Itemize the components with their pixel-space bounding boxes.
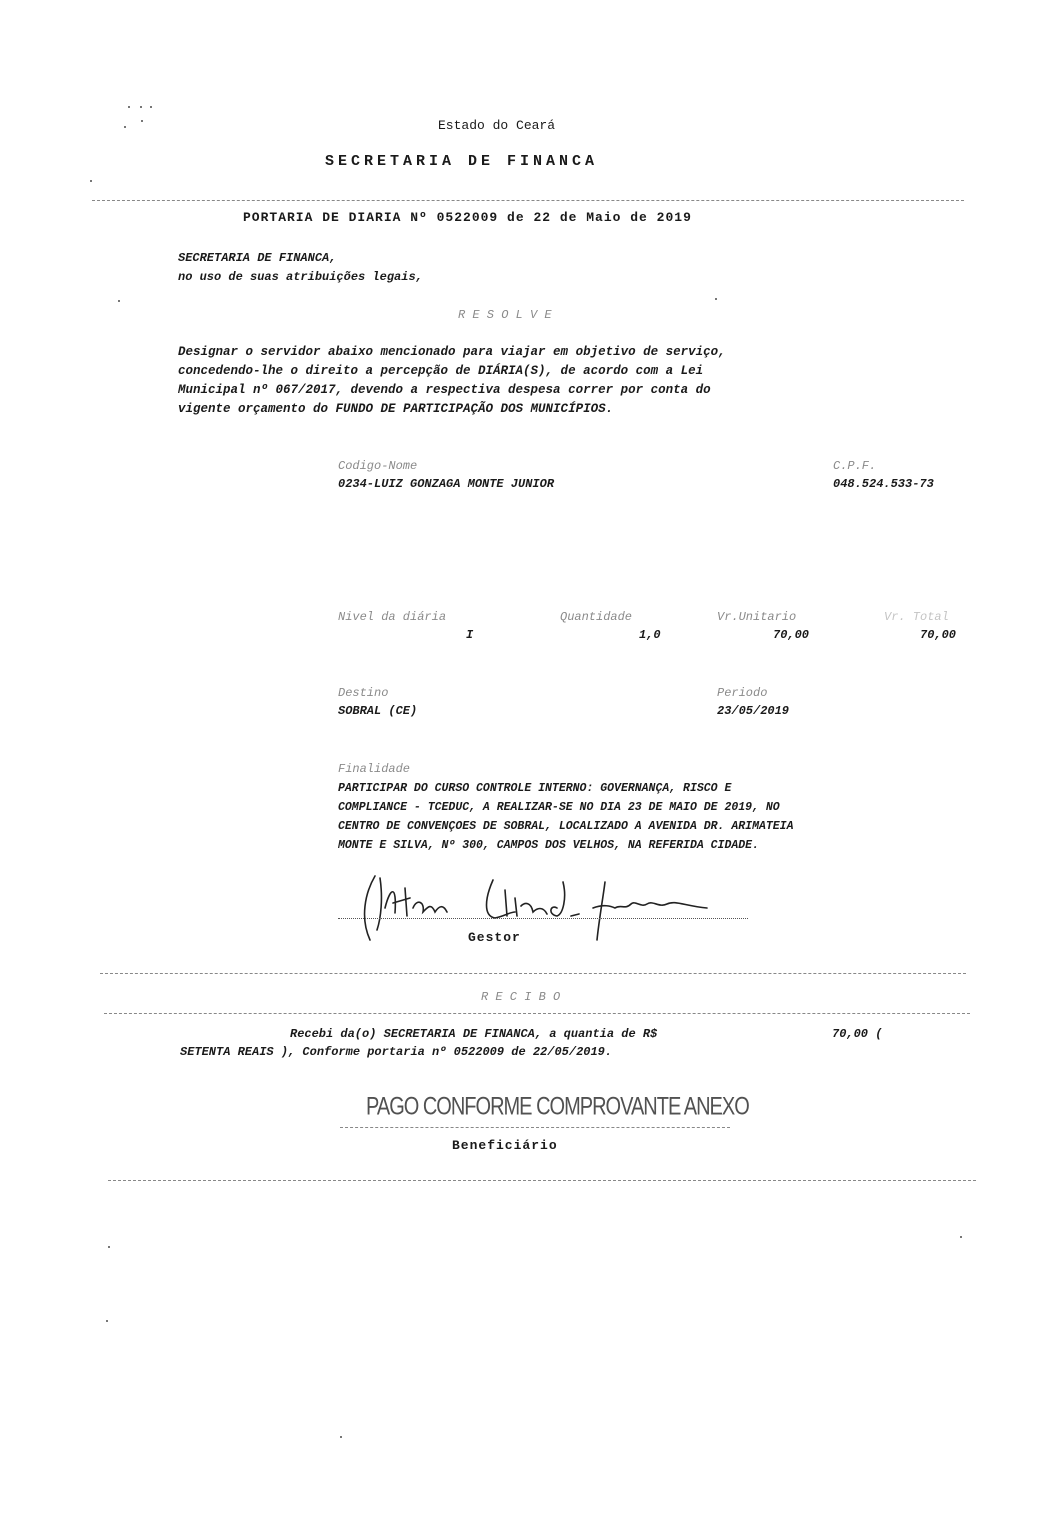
body-line: Municipal nº 067/2017, devendo a respect… <box>178 381 878 400</box>
receipt-line-2: SETENTA REAIS ), Conforme portaria nº 05… <box>180 1045 612 1059</box>
purpose-label: Finalidade <box>338 762 410 776</box>
issuer-name: SECRETARIA DE FINANCA, <box>178 251 336 265</box>
period-value: 23/05/2019 <box>717 704 789 718</box>
destination-label: Destino <box>338 686 388 700</box>
payment-stamp: PAGO CONFORME COMPROVANTE ANEXO <box>366 1093 749 1122</box>
purpose-text: PARTICIPAR DO CURSO CONTROLE INTERNO: GO… <box>338 779 793 855</box>
purpose-line: CENTRO DE CONVENÇOES DE SOBRAL, LOCALIZA… <box>338 817 793 836</box>
scan-speck <box>124 126 126 128</box>
code-name-value: 0234-LUIZ GONZAGA MONTE JUNIOR <box>338 477 554 491</box>
scan-speck <box>141 120 143 122</box>
scan-speck <box>340 1436 342 1438</box>
body-paragraph: Designar o servidor abaixo mencionado pa… <box>178 343 878 419</box>
cpf-label: C.P.F. <box>833 459 876 473</box>
purpose-line: PARTICIPAR DO CURSO CONTROLE INTERNO: GO… <box>338 779 793 798</box>
document-title: PORTARIA DE DIARIA Nº 0522009 de 22 de M… <box>243 210 692 225</box>
divider-receipt-top <box>100 973 966 974</box>
unit-value-value: 70,00 <box>773 628 809 642</box>
scan-speck <box>108 1246 110 1248</box>
quantity-label: Quantidade <box>560 610 632 624</box>
level-label: Nivel da diária <box>338 610 446 624</box>
cpf-value: 048.524.533-73 <box>833 477 934 491</box>
receipt-amount: 70,00 ( <box>832 1027 882 1041</box>
resolve-heading: R E S O L V E <box>458 308 552 322</box>
state-name: Estado do Ceará <box>438 118 555 133</box>
divider-receipt-mid <box>104 1013 970 1014</box>
receipt-title: R E C I B O <box>481 990 560 1004</box>
total-label: Vr. Total <box>884 610 949 624</box>
scan-speck <box>90 180 92 182</box>
unit-value-label: Vr.Unitario <box>717 610 796 624</box>
issuer-clause: no uso de suas atribuições legais, <box>178 270 423 284</box>
body-line: Designar o servidor abaixo mencionado pa… <box>178 343 878 362</box>
beneficiary-line <box>340 1127 730 1128</box>
signature-line <box>338 918 748 919</box>
scan-speck <box>128 106 130 108</box>
quantity-value: 1,0 <box>639 628 661 642</box>
level-value: I <box>466 628 473 642</box>
scan-speck <box>118 300 120 302</box>
handwritten-signature <box>335 868 755 948</box>
scan-speck <box>715 298 717 300</box>
scan-speck <box>106 1320 108 1322</box>
scan-speck <box>960 1236 962 1238</box>
scan-speck <box>140 106 142 108</box>
period-label: Periodo <box>717 686 767 700</box>
purpose-line: MONTE E SILVA, Nº 300, CAMPOS DOS VELHOS… <box>338 836 793 855</box>
body-line: vigente orçamento do FUNDO DE PARTICIPAÇ… <box>178 400 878 419</box>
purpose-line: COMPLIANCE - TCEDUC, A REALIZAR-SE NO DI… <box>338 798 793 817</box>
divider-top <box>92 200 964 201</box>
total-value: 70,00 <box>920 628 956 642</box>
scan-speck <box>150 106 152 108</box>
beneficiary-label: Beneficiário <box>452 1138 558 1153</box>
destination-value: SOBRAL (CE) <box>338 704 417 718</box>
divider-bottom <box>108 1180 976 1181</box>
body-line: concedendo-lhe o direito a percepção de … <box>178 362 878 381</box>
code-name-label: Codigo-Nome <box>338 459 417 473</box>
signer-role: Gestor <box>468 930 521 945</box>
department-title: SECRETARIA DE FINANCA <box>325 153 598 170</box>
receipt-line-1: Recebi da(o) SECRETARIA DE FINANCA, a qu… <box>290 1027 657 1041</box>
